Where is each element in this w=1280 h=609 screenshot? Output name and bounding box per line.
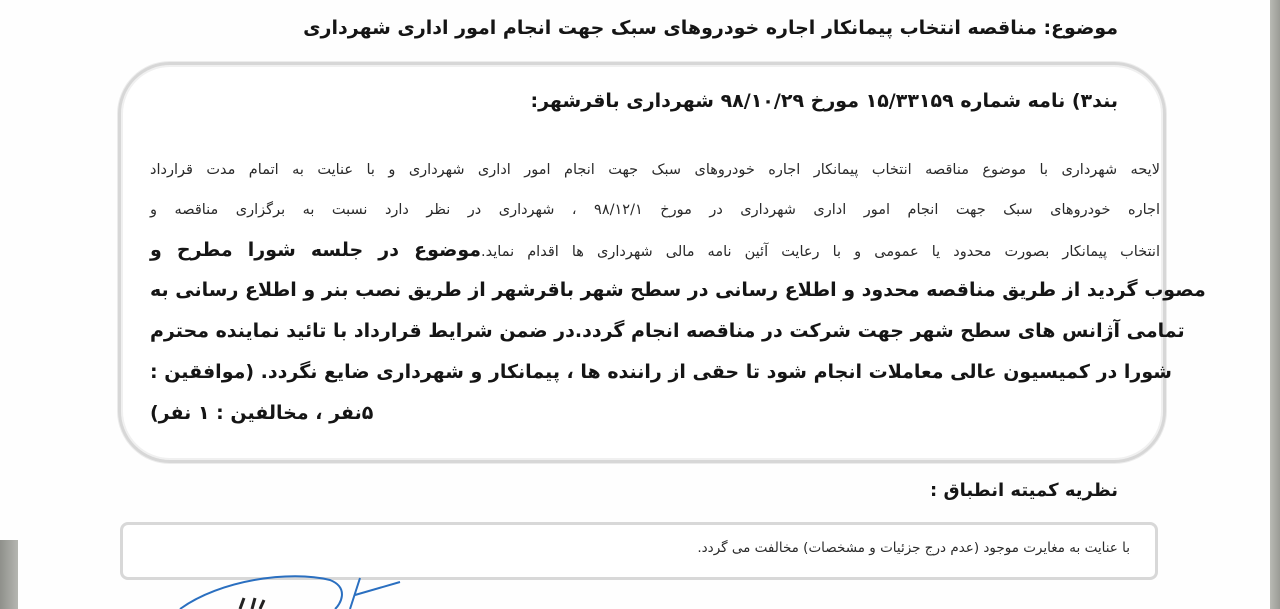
document-subject: موضوع: مناقصه انتخاب پیمانکار اجاره خودر…: [303, 17, 1118, 39]
body-line-3: انتخاب پیمانکار بصورت محدود یا عمومی و ب…: [150, 230, 1160, 270]
item-title: بند۳) نامه شماره ۱۵/۳۳۱۵۹ مورخ ۹۸/۱۰/۲۹ …: [531, 90, 1119, 112]
scan-edge-right: [1270, 0, 1280, 609]
committee-opinion-text: با عنایت به مغایرت موجود (عدم درج جزئیات…: [697, 540, 1130, 556]
scan-edge-left: [0, 540, 18, 609]
resolution-body: لایحه شهرداری با موضوع مناقصه انتخاب پیم…: [150, 150, 1160, 434]
body-line-4: مصوب گردید از طریق مناقصه محدود و اطلاع …: [150, 270, 1160, 311]
decision-lead: موضوع در جلسه شورا مطرح و: [150, 239, 481, 261]
body-line-6: شورا در کمیسیون عالی معاملات انجام شود ت…: [150, 352, 1160, 393]
body-line-5: تمامی آژانس های سطح شهر جهت شرکت در مناق…: [150, 311, 1160, 352]
committee-title: نظریه کمیته انطباق :: [930, 480, 1118, 501]
body-line-2: اجاره خودروهای سبک جهت انجام امور اداری …: [150, 190, 1160, 230]
signature-icon: [160, 560, 420, 609]
body-line-7-vote: ۵نفر ، مخالفین : ۱ نفر): [150, 393, 1160, 434]
body-line-1: لایحه شهرداری با موضوع مناقصه انتخاب پیم…: [150, 150, 1160, 190]
scanned-document-page: موضوع: مناقصه انتخاب پیمانکار اجاره خودر…: [0, 0, 1270, 609]
